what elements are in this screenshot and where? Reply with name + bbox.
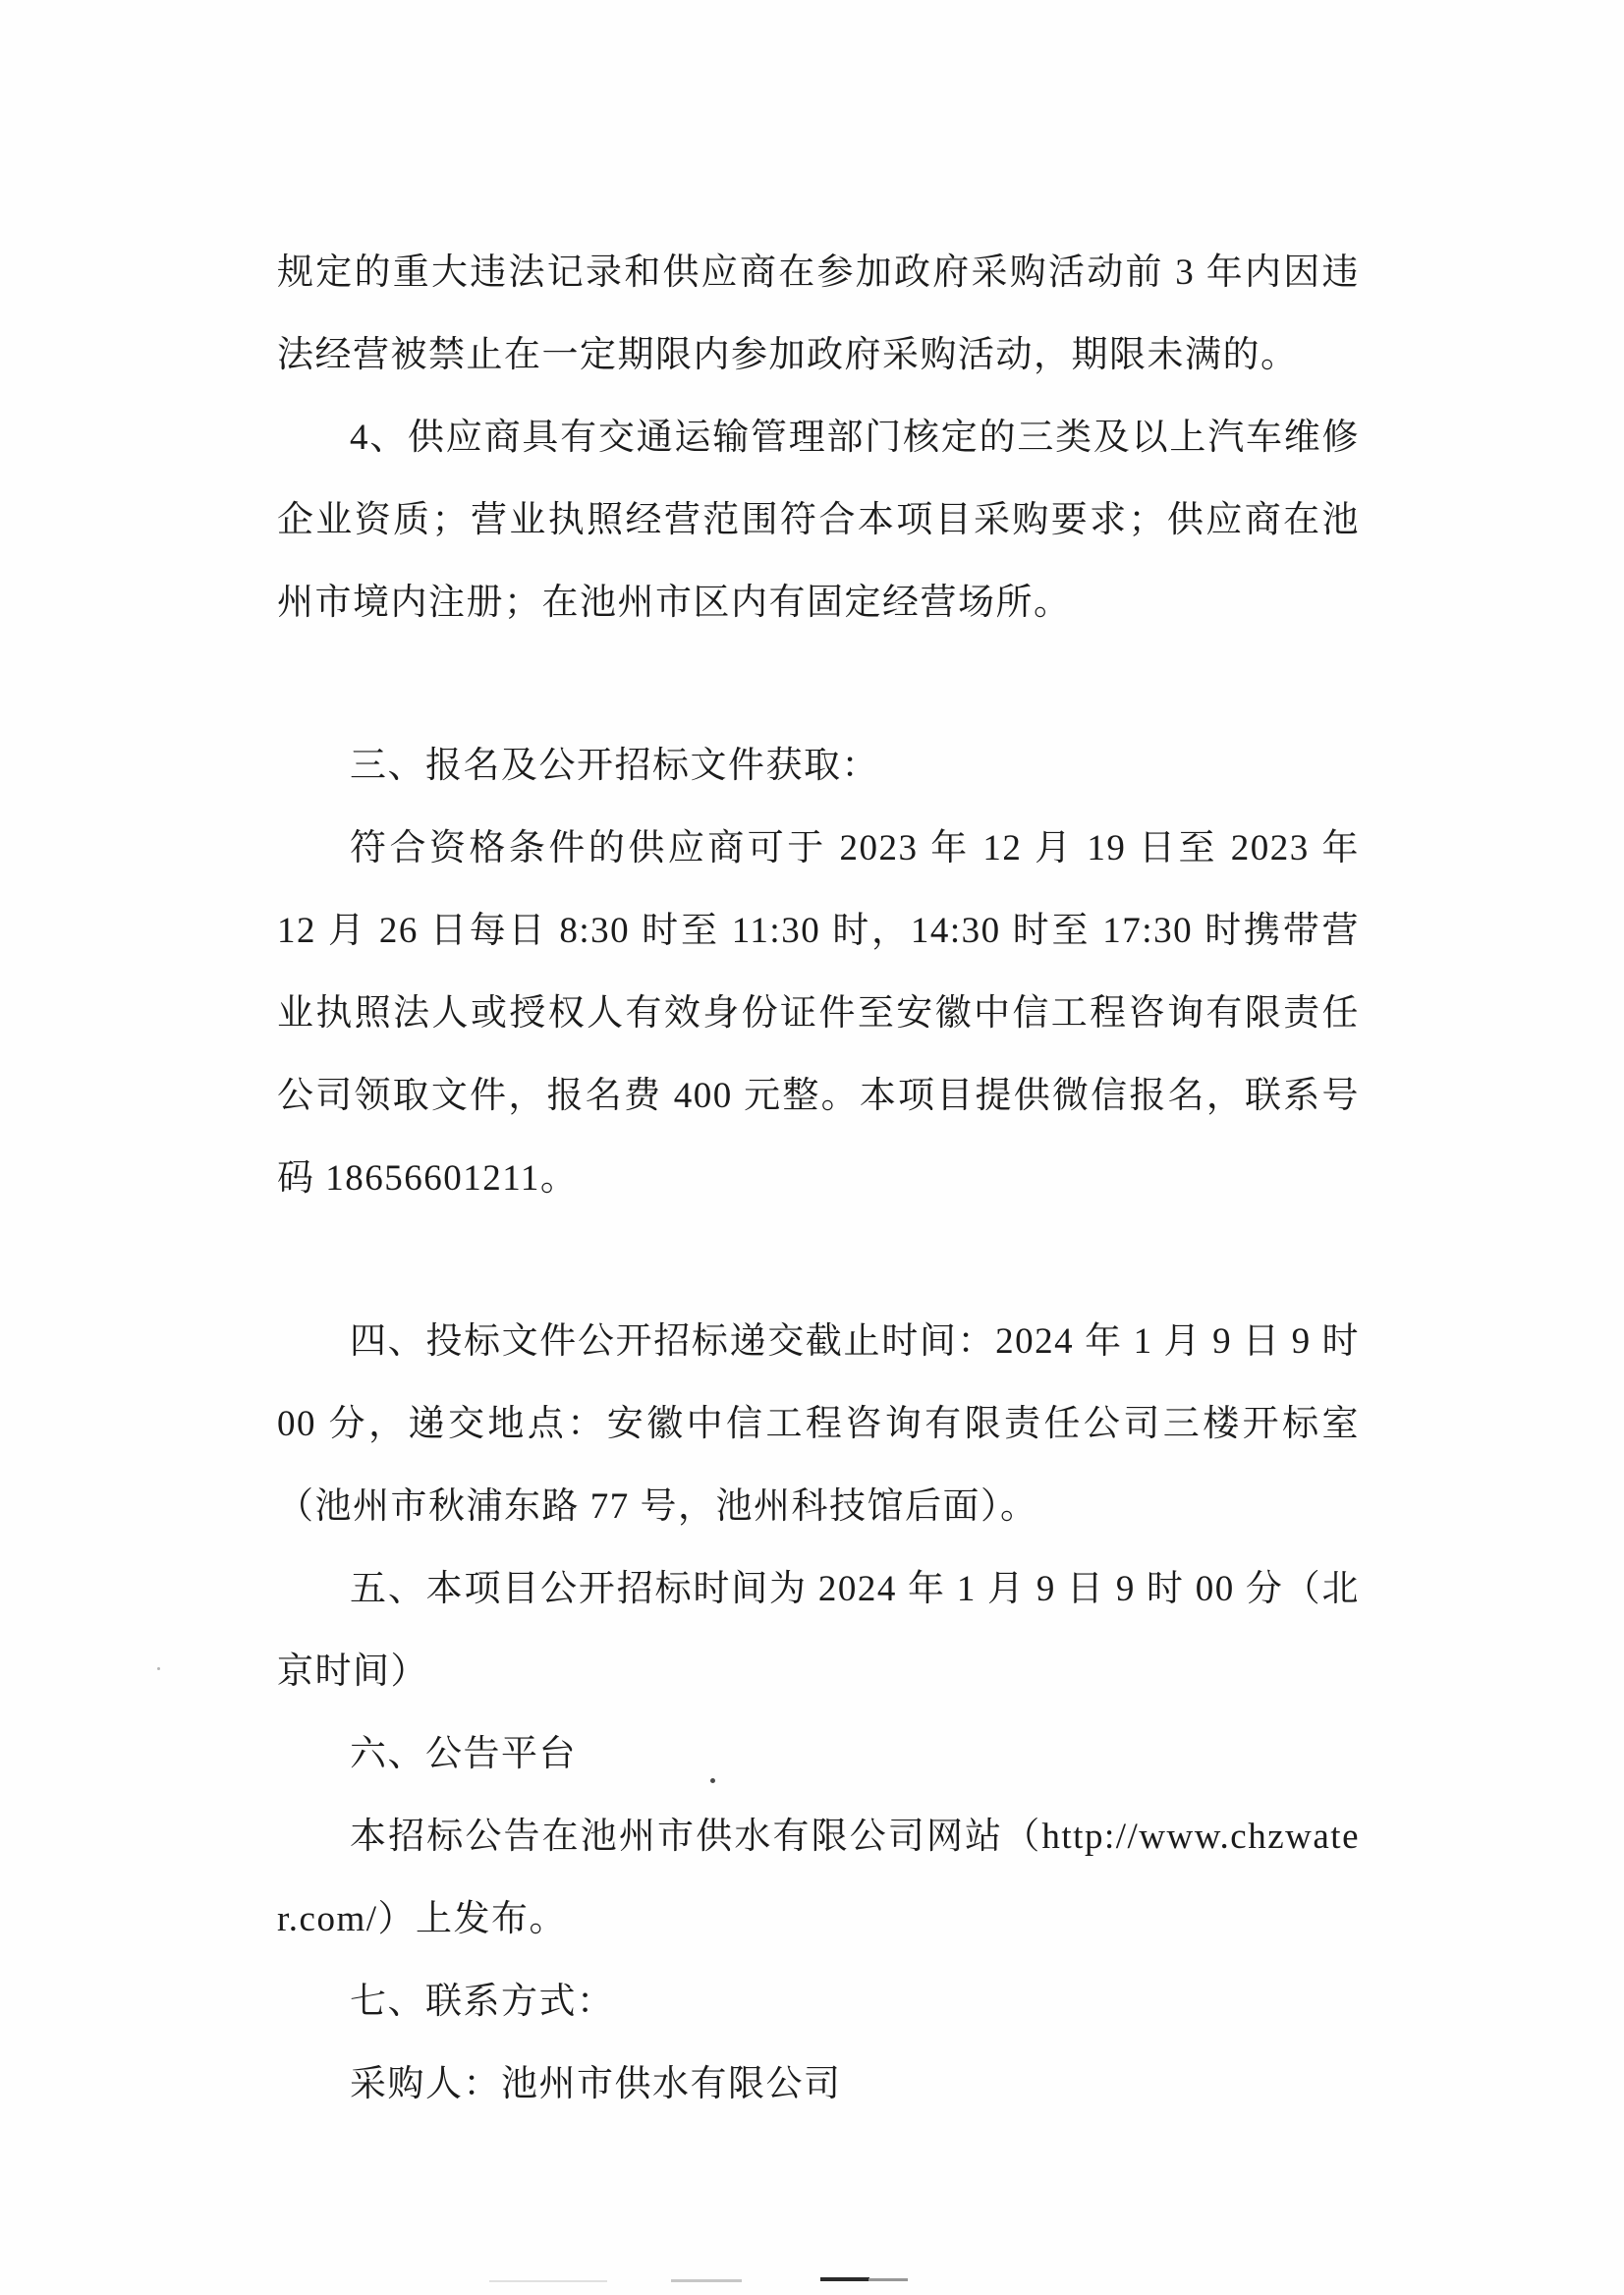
section-3-heading: 三、报名及公开招标文件获取： <box>277 725 1360 808</box>
scan-artifact-line-faint <box>489 2280 607 2282</box>
section-6-body: 本招标公告在池州市供水有限公司网站（http://www.chzwater.co… <box>277 1796 1360 1961</box>
scan-artifact-line-light <box>671 2279 742 2282</box>
paragraph-clause4: 4、供应商具有交通运输管理部门核定的三类及以上汽车维修企业资质；营业执照经营范围… <box>277 397 1360 644</box>
scan-artifact-speck <box>157 1667 160 1670</box>
scan-artifact-line-mid <box>868 2278 908 2281</box>
section-5-paragraph: 五、本项目公开招标时间为 2024 年 1 月 9 日 9 时 00 分（北京时… <box>277 1548 1360 1713</box>
section-6-heading: 六、公告平台 <box>277 1713 1360 1796</box>
section-3-body: 符合资格条件的供应商可于 2023 年 12 月 19 日至 2023 年 12… <box>277 808 1360 1220</box>
purchaser-line: 采购人：池州市供水有限公司 <box>277 2043 1360 2126</box>
section-7-heading: 七、联系方式： <box>277 1961 1360 2043</box>
section-4-paragraph: 四、投标文件公开招标递交截止时间：2024 年 1 月 9 日 9 时 00 分… <box>277 1301 1360 1548</box>
paragraph-clause3-continuation: 规定的重大违法记录和供应商在参加政府采购活动前 3 年内因违法经营被禁止在一定期… <box>277 232 1360 397</box>
document-body: 规定的重大违法记录和供应商在参加政府采购活动前 3 年内因违法经营被禁止在一定期… <box>277 232 1360 2126</box>
document-page: 规定的重大违法记录和供应商在参加政府采购活动前 3 年内因违法经营被禁止在一定期… <box>0 0 1624 2295</box>
scan-artifact-line-dark <box>820 2277 869 2281</box>
